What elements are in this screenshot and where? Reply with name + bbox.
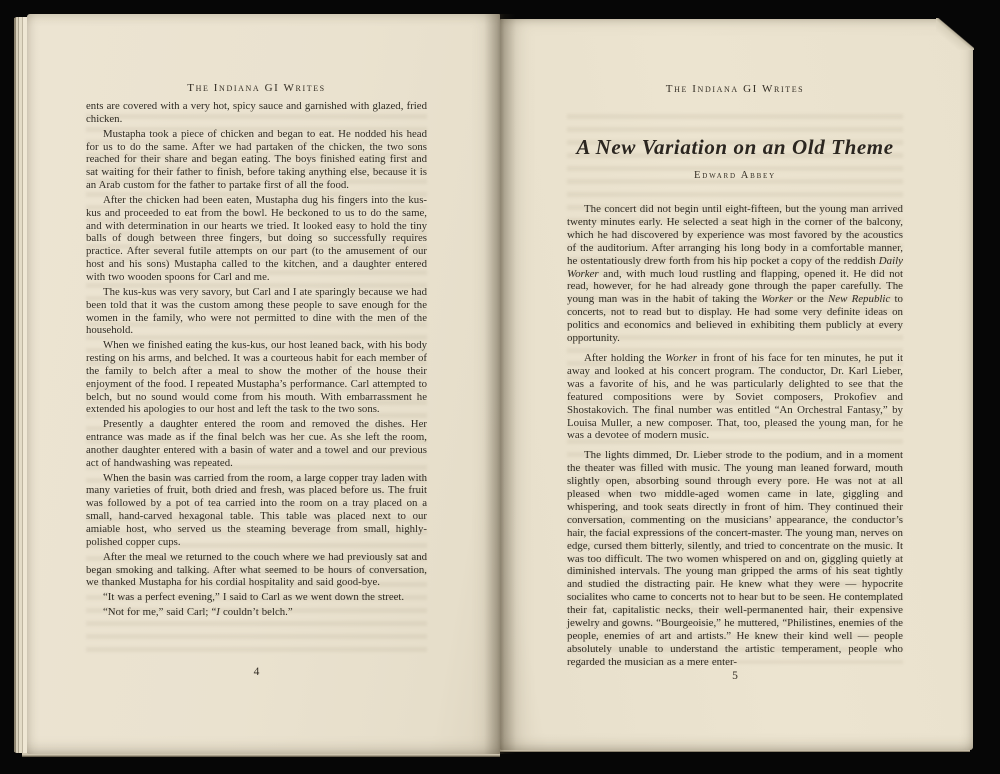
page-number: 5 bbox=[567, 670, 903, 682]
page-body: The concert did not begin until eight-fi… bbox=[567, 203, 903, 676]
book: The Indiana GI Writes ents are covered w… bbox=[0, 0, 1000, 774]
running-head: The Indiana GI Writes bbox=[86, 82, 427, 94]
running-head: The Indiana GI Writes bbox=[567, 83, 903, 95]
left-page: The Indiana GI Writes ents are covered w… bbox=[27, 14, 500, 754]
paragraph: After holding the Worker in front of his… bbox=[567, 352, 903, 442]
paragraph: When we finished eating the kus-kus, our… bbox=[86, 339, 427, 416]
page-edge-stack bbox=[13, 17, 27, 753]
paragraph: The lights dimmed, Dr. Lieber strode to … bbox=[567, 449, 903, 668]
paragraph: “Not for me,” said Carl; “I couldn’t bel… bbox=[86, 606, 427, 619]
paragraph: After the meal we returned to the couch … bbox=[86, 551, 427, 590]
right-page: The Indiana GI Writes A New Variation on… bbox=[500, 19, 973, 750]
story-title: A New Variation on an Old Theme bbox=[547, 135, 923, 160]
paragraph: The kus-kus was very savory, but Carl an… bbox=[86, 286, 427, 337]
page-body: ents are covered with a very hot, spicy … bbox=[86, 100, 427, 621]
paragraph: “It was a perfect evening,” I said to Ca… bbox=[86, 591, 427, 604]
page-number: 4 bbox=[86, 666, 427, 678]
paragraph: The concert did not begin until eight-fi… bbox=[567, 203, 903, 345]
story-byline: Edward Abbey bbox=[567, 170, 903, 181]
paragraph: ents are covered with a very hot, spicy … bbox=[86, 100, 427, 126]
paragraph: Presently a daughter entered the room an… bbox=[86, 418, 427, 469]
paragraph: Mustapha took a piece of chicken and beg… bbox=[86, 128, 427, 192]
paragraph: After the chicken had been eaten, Mustap… bbox=[86, 194, 427, 284]
corner-fold bbox=[936, 18, 974, 50]
paragraph: When the basin was carried from the room… bbox=[86, 472, 427, 549]
